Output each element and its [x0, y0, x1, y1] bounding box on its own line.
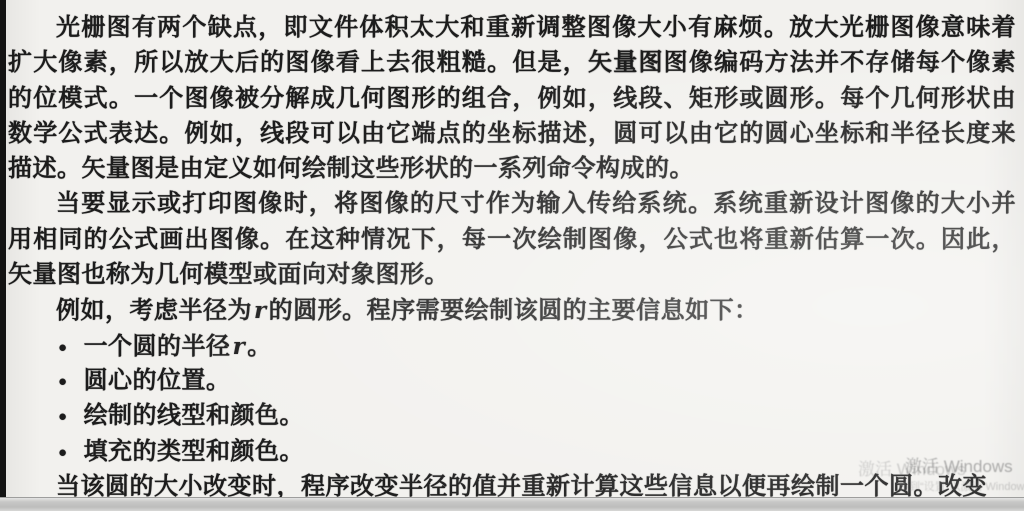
- math-variable: r: [252, 297, 269, 324]
- bullet-icon: ●: [58, 436, 68, 471]
- text-segment: 光栅图有两个缺点，即文件体积太大和重新调整图像大小有麻烦。放大光栅图像意味着: [56, 15, 1016, 41]
- text-segment: 圆心的位置。: [84, 368, 231, 394]
- bullet-icon: ●: [58, 331, 68, 366]
- text-segment: 矢量图也称为几何模型或面向对象图形。: [8, 262, 449, 288]
- text-segment: 一个圆的半径: [84, 334, 231, 360]
- text-line: 当要显示或打印图像时，将图像的尺寸作为输入传给系统。系统重新设计图像的大小并: [8, 187, 1016, 222]
- page-left-edge: [0, 0, 6, 498]
- bullet-icon: ●: [58, 365, 68, 400]
- text-line: 例如，考虑半径为r的圆形。程序需要绘制该圆的主要信息如下：: [8, 293, 1016, 328]
- bullet-item: ●一个圆的半径r。: [8, 329, 1016, 364]
- bullet-item: ●绘制的线型和颜色。: [8, 399, 1016, 434]
- text-segment: 的位模式。一个图像被分解成几何图形的组合，例如，线段、矩形或圆形。每个几何形状由: [8, 86, 1016, 112]
- bullet-item: ●填充的类型和颜色。: [8, 435, 1016, 470]
- text-segment: 图像编码方法并不存储每个像素: [664, 50, 1016, 76]
- text-segment: 用相同的公式画出图像。在这种情况下，每一次绘制图像，公式也将重新估算一次。因此，: [8, 227, 1016, 253]
- bullet-icon: ●: [58, 400, 68, 435]
- text-line: 的位模式。一个图像被分解成几何图形的组合，例如，线段、矩形或圆形。每个几何形状由: [8, 82, 1016, 117]
- bold-term: 矢量图: [588, 50, 664, 76]
- text-segment: 填充的类型和颜色。: [84, 439, 305, 465]
- text-line: 扩大像素，所以放大后的图像看上去很粗糙。但是，矢量图图像编码方法并不存储每个像素: [8, 46, 1016, 81]
- horizontal-scrollbar[interactable]: [0, 497, 1024, 511]
- text-segment: 数学公式表达。例如，线段可以由它端点的坐标描述，圆可以由它的圆心坐标和半径长度来: [8, 121, 1016, 147]
- document-lines: 光栅图有两个缺点，即文件体积太大和重新调整图像大小有麻烦。放大光栅图像意味着扩大…: [8, 11, 1016, 505]
- text-segment: 当该圆的大小改变时，程序改变半径的值并重新计算这些信息以便再绘制一个圆。改变: [56, 474, 987, 500]
- text-segment: 的圆形。程序需要绘制该圆的主要信息如下：: [269, 298, 759, 324]
- text-line: 用相同的公式画出图像。在这种情况下，每一次绘制图像，公式也将重新估算一次。因此，: [8, 223, 1016, 258]
- text-segment: 扩大像素，所以放大后的图像看上去很粗糙。但是，: [8, 50, 588, 76]
- text-segment: 绘制的线型和颜色。: [84, 403, 305, 429]
- text-line: 矢量图也称为几何模型或面向对象图形。: [8, 258, 1016, 293]
- text-line: 光栅图有两个缺点，即文件体积太大和重新调整图像大小有麻烦。放大光栅图像意味着: [8, 11, 1016, 46]
- bullet-item: ●圆心的位置。: [8, 364, 1016, 399]
- text-line: 描述。矢量图是由定义如何绘制这些形状的一系列命令构成的。: [8, 152, 1016, 187]
- text-segment: 描述。矢量图是由定义如何绘制这些形状的一系列命令构成的。: [8, 156, 694, 182]
- text-line: 数学公式表达。例如，线段可以由它端点的坐标描述，圆可以由它的圆心坐标和半径长度来: [8, 117, 1016, 152]
- text-segment: 当要显示或打印图像时，将图像的尺寸作为输入传给系统。系统重新设计图像的大小并: [56, 191, 1016, 217]
- text-segment: 例如，考虑半径为: [56, 298, 252, 324]
- document-text: 光栅图有两个缺点，即文件体积太大和重新调整图像大小有麻烦。放大光栅图像意味着扩大…: [8, 11, 1016, 505]
- math-variable: r: [231, 333, 248, 360]
- text-segment: 。: [247, 334, 272, 360]
